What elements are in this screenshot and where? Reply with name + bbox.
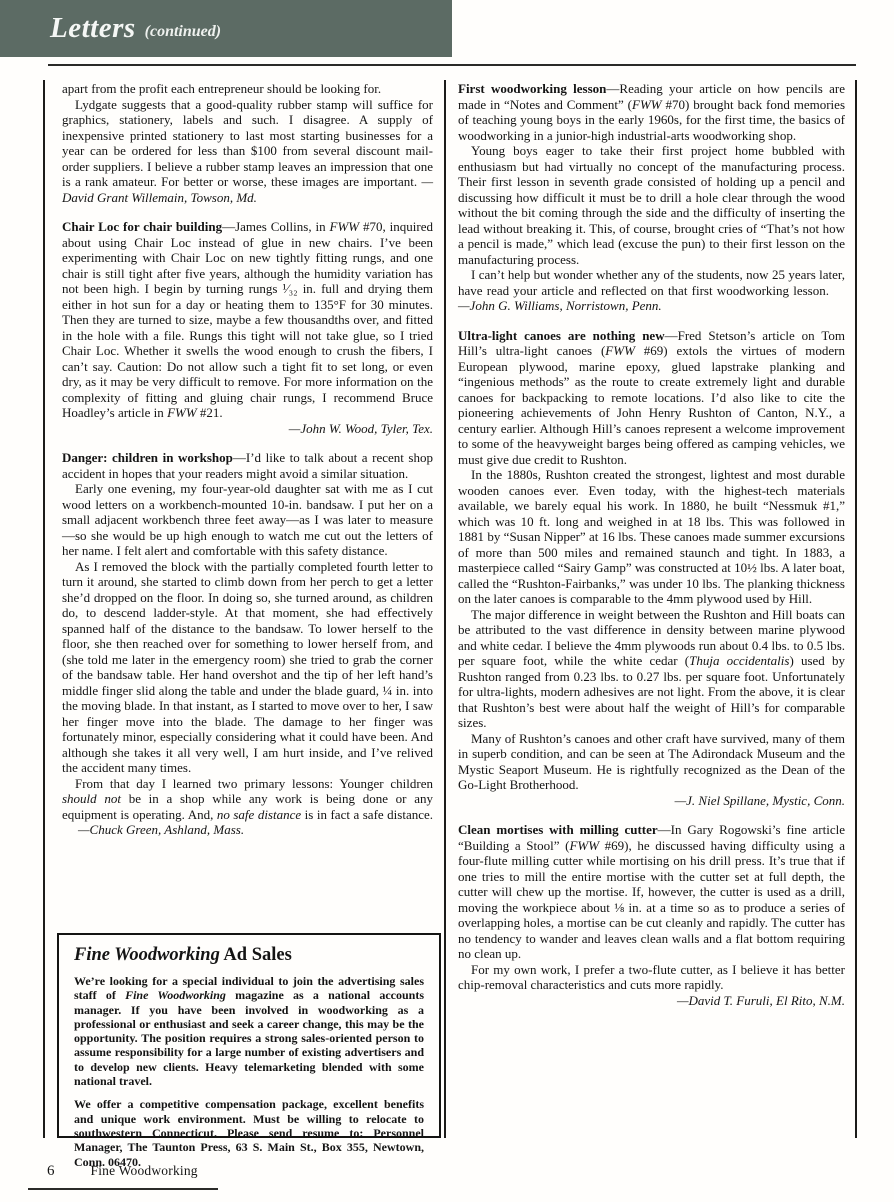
text-segment: #69), he discussed having difficulty usi…	[458, 838, 845, 962]
text-segment: is in fact a safe distance.	[301, 807, 433, 822]
text-segment: Danger: children in workshop	[62, 450, 233, 465]
letter-first-woodworking-lesson: First woodworking lesson—Reading your ar…	[458, 81, 845, 314]
ad-sales-box: Fine Woodworking Ad Sales We’re looking …	[57, 933, 441, 1138]
page-number: 6	[47, 1163, 55, 1180]
paragraph: Young boys eager to take their first pro…	[458, 143, 845, 267]
text-segment: For my own work, I prefer a two-flute cu…	[458, 962, 845, 993]
text-segment: Fine Woodworking	[74, 945, 220, 965]
ad-title: Fine Woodworking Ad Sales	[74, 944, 424, 966]
footer-rule	[28, 1188, 218, 1190]
text-segment: Fine Woodworking	[125, 988, 226, 1002]
paragraph: First woodworking lesson—Reading your ar…	[458, 81, 845, 143]
text-segment: From that day I learned two primary less…	[75, 776, 433, 791]
ad-paragraph: We offer a competitive compensation pack…	[74, 1097, 424, 1168]
text-segment: As I removed the block with the partiall…	[62, 559, 433, 776]
text-segment: should not	[62, 791, 121, 806]
text-segment: FWW	[569, 838, 599, 853]
paragraph: Clean mortises with milling cutter—In Ga…	[458, 822, 845, 962]
text-segment: —James Collins, in	[222, 219, 329, 234]
text-segment: Thuja occidentalis	[689, 653, 789, 668]
header-rule	[48, 64, 856, 66]
text-segment: —Chuck Green, Ashland, Mass.	[78, 822, 244, 837]
column-divider-rule	[444, 80, 446, 1138]
text-segment: Chair Loc for chair building	[62, 219, 222, 234]
text-segment: FWW	[167, 405, 197, 420]
paragraph: apart from the profit each entrepreneur …	[62, 81, 433, 97]
text-segment: magazine as a national accounts manager.…	[74, 988, 424, 1088]
paragraph: Lydgate suggests that a good-quality rub…	[62, 97, 433, 206]
paragraph: In the 1880s, Rushton created the strong…	[458, 467, 845, 607]
paragraph: I can’t help but wonder whether any of t…	[458, 267, 845, 314]
paragraph: As I removed the block with the partiall…	[62, 559, 433, 776]
paragraph: Ultra-light canoes are nothing new—Fred …	[458, 328, 845, 468]
paragraph: Chair Loc for chair building—James Colli…	[62, 219, 433, 421]
magazine-name: Fine Woodworking	[91, 1163, 198, 1179]
paragraph: For my own work, I prefer a two-flute cu…	[458, 962, 845, 993]
text-segment: I can’t help but wonder whether any of t…	[458, 267, 845, 298]
paragraph: Early one evening, my four-year-old daug…	[62, 481, 433, 559]
text-segment: In the 1880s, Rushton created the strong…	[458, 467, 845, 606]
letter-chair-loc: Chair Loc for chair building—James Colli…	[62, 219, 433, 436]
text-segment: #70, inquired about using Chair Loc inst…	[62, 219, 433, 420]
letter-continuation: apart from the profit each entrepreneur …	[62, 81, 433, 205]
left-column: apart from the profit each entrepreneur …	[62, 81, 433, 852]
paragraph: Danger: children in workshop—I’d like to…	[62, 450, 433, 481]
text-segment: FWW	[605, 343, 635, 358]
text-segment: apart from the profit each entrepreneur …	[62, 81, 381, 96]
text-segment: #21.	[197, 405, 223, 420]
text-segment: We offer a competitive compensation pack…	[74, 1097, 424, 1168]
text-segment: FWW	[330, 219, 360, 234]
text-segment: Clean mortises with milling cutter	[458, 822, 658, 837]
text-segment: no safe distance	[217, 807, 301, 822]
magazine-page: Letters (continued) apart from the profi…	[0, 0, 894, 1202]
letter-signature: —J. Niel Spillane, Mystic, Conn.	[458, 793, 845, 809]
text-segment: Ultra-light canoes are nothing new	[458, 328, 665, 343]
masthead: Letters (continued)	[0, 0, 452, 57]
text-segment: Many of Rushton’s canoes and other craft…	[458, 731, 845, 793]
page-title-suffix: (continued)	[145, 17, 221, 41]
letter-signature: —John W. Wood, Tyler, Tex.	[62, 421, 433, 437]
left-margin-rule	[43, 80, 45, 1138]
letter-signature: —David T. Furuli, El Rito, N.M.	[458, 993, 845, 1009]
text-segment: FWW	[632, 97, 662, 112]
paragraph: Many of Rushton’s canoes and other craft…	[458, 731, 845, 793]
right-column: First woodworking lesson—Reading your ar…	[458, 81, 845, 1022]
letter-ultra-light-canoes: Ultra-light canoes are nothing new—Fred …	[458, 328, 845, 809]
text-segment: First woodworking lesson	[458, 81, 606, 96]
text-segment: —John G. Williams, Norristown, Penn.	[458, 298, 662, 313]
text-segment: Ad Sales	[220, 945, 292, 965]
footer: 6 Fine Woodworking	[47, 1163, 198, 1180]
text-segment: #69) extols the virtues of modern Europe…	[458, 343, 845, 467]
letter-danger-children: Danger: children in workshop—I’d like to…	[62, 450, 433, 838]
letter-clean-mortises: Clean mortises with milling cutter—In Ga…	[458, 822, 845, 1008]
paragraph: The major difference in weight between t…	[458, 607, 845, 731]
text-segment: Lydgate suggests that a good-quality rub…	[62, 97, 433, 190]
paragraph: From that day I learned two primary less…	[62, 776, 433, 838]
ad-paragraph: We’re looking for a special individual t…	[74, 974, 424, 1088]
text-segment: Early one evening, my four-year-old daug…	[62, 481, 433, 558]
right-margin-rule	[855, 80, 857, 1138]
page-title: Letters	[50, 12, 136, 45]
text-segment: Young boys eager to take their first pro…	[458, 143, 845, 267]
